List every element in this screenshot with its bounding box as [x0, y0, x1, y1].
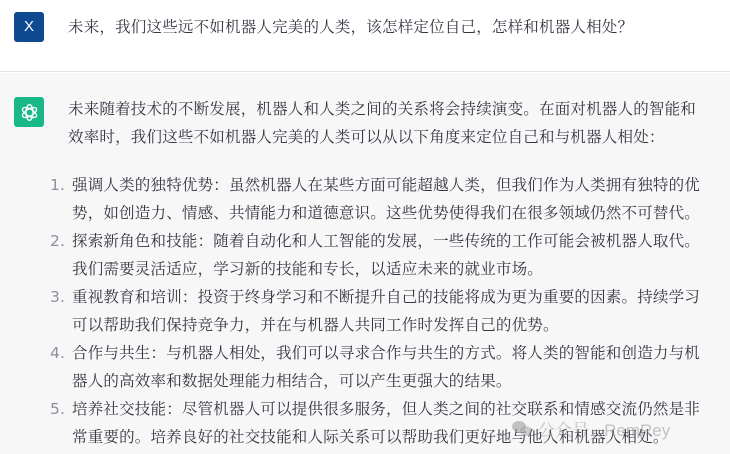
- user-avatar: X: [14, 12, 44, 42]
- item-line: 重视教育和培训：投资于终身学习和不断提升自己的技能将成为更为重要的因素。持续学习: [72, 283, 718, 311]
- list-number: 5.: [50, 395, 65, 423]
- item-line: 可以帮助我们保持竞争力，并在与机器人共同工作时发挥自己的优势。: [72, 311, 718, 339]
- answer-intro: 未来随着技术的不断发展，机器人和人类之间的关系将会持续演变。在面对机器人的智能和…: [68, 95, 718, 151]
- list-number: 2.: [50, 227, 65, 255]
- item-line: 常重要的。培养良好的社交技能和人际关系可以帮助我们更好地与他人和机器人相处。: [72, 423, 718, 451]
- item-line: 强调人类的独特优势：虽然机器人在某些方面可能超越人类，但我们作为人类拥有独特的优: [72, 171, 718, 199]
- intro-line: 未来随着技术的不断发展，机器人和人类之间的关系将会持续演变。在面对机器人的智能和: [68, 95, 718, 123]
- user-message-row: X 未来，我们这些远不如机器人完美的人类，该怎样定位自己，怎样和机器人相处？: [0, 0, 730, 72]
- list-number: 1.: [50, 171, 65, 199]
- item-line: 势，如创造力、情感、共情能力和道德意识。这些优势使得我们在很多领域仍然不可替代。: [72, 199, 718, 227]
- item-line: 合作与共生：与机器人相处，我们可以寻求合作与共生的方式。将人类的智能和创造力与机: [72, 339, 718, 367]
- user-question: 未来，我们这些远不如机器人完美的人类，该怎样定位自己，怎样和机器人相处？: [68, 16, 633, 38]
- suggestion-list: 1. 强调人类的独特优势：虽然机器人在某些方面可能超越人类，但我们作为人类拥有独…: [68, 171, 718, 451]
- list-number: 4.: [50, 339, 65, 367]
- list-item: 3. 重视教育和培训：投资于终身学习和不断提升自己的技能将成为更为重要的因素。持…: [68, 283, 718, 339]
- item-line: 培养社交技能：尽管机器人可以提供很多服务，但人类之间的社交联系和情感交流仍然是非: [72, 395, 718, 423]
- list-item: 1. 强调人类的独特优势：虽然机器人在某些方面可能超越人类，但我们作为人类拥有独…: [68, 171, 718, 227]
- list-item: 5. 培养社交技能：尽管机器人可以提供很多服务，但人类之间的社交联系和情感交流仍…: [68, 395, 718, 451]
- openai-logo-icon: [19, 102, 40, 123]
- list-item: 4. 合作与共生：与机器人相处，我们可以寻求合作与共生的方式。将人类的智能和创造…: [68, 339, 718, 395]
- intro-line: 效率时，我们这些不如机器人完美的人类可以从以下角度来定位自己和与机器人相处：: [68, 123, 718, 151]
- assistant-avatar: [14, 97, 44, 127]
- item-line: 器人的高效率和数据处理能力相结合，可以产生更强大的结果。: [72, 367, 718, 395]
- assistant-message-row: 未来随着技术的不断发展，机器人和人类之间的关系将会持续演变。在面对机器人的智能和…: [0, 73, 730, 454]
- assistant-answer: 未来随着技术的不断发展，机器人和人类之间的关系将会持续演变。在面对机器人的智能和…: [68, 95, 718, 451]
- list-number: 3.: [50, 283, 65, 311]
- item-line: 我们需要灵活适应，学习新的技能和专长，以适应未来的就业市场。: [72, 255, 718, 283]
- list-item: 2. 探索新角色和技能：随着自动化和人工智能的发展，一些传统的工作可能会被机器人…: [68, 227, 718, 283]
- item-line: 探索新角色和技能：随着自动化和人工智能的发展，一些传统的工作可能会被机器人取代。: [72, 227, 718, 255]
